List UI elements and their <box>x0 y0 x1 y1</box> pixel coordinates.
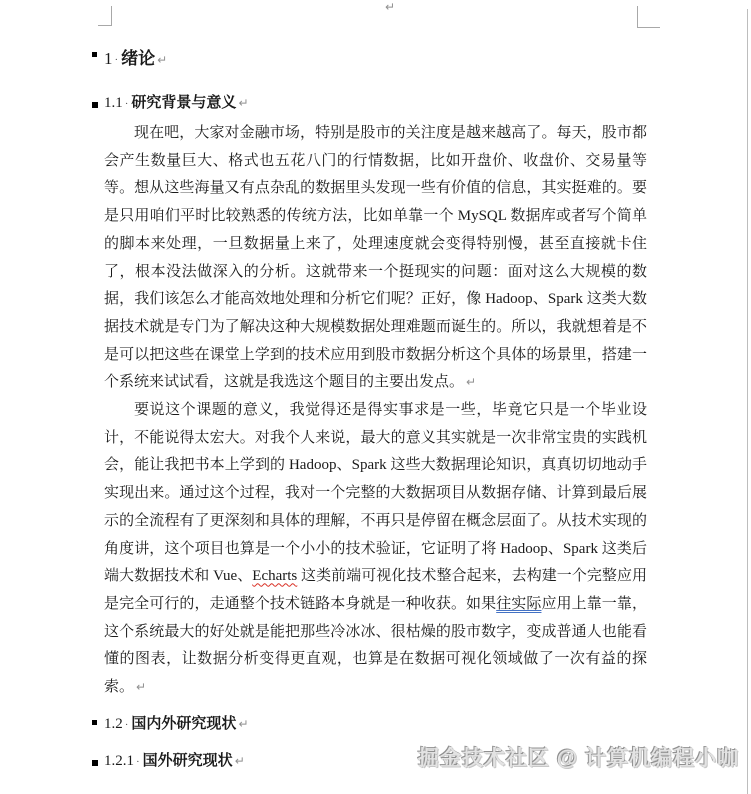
document-page: { "marks": { "space_dot": "·", "paragrap… <box>0 0 751 794</box>
paragraph[interactable]: 要说这个课题的意义，我觉得还是得实事求是一些，毕竟它只是一个毕业设计，不能说得太… <box>104 397 647 702</box>
heading-title: 绪论 <box>121 49 155 68</box>
heading-style-square-icon <box>92 720 97 725</box>
header-paragraph-mark: ↵ <box>385 0 395 14</box>
paragraph[interactable]: 现在吧，大家对金融市场，特别是股市的关注度是越来越高了。每天，股市都会产生数量巨… <box>104 120 647 397</box>
text-segment: 现在吧，大家对金融市场，特别是股市的关注度是越来越高了。每天，股市都会产生数量巨… <box>104 125 647 390</box>
paragraph-mark: ↵ <box>134 680 146 694</box>
text-boundary-mark-top-right <box>637 6 660 28</box>
space-formatting-mark: · <box>113 54 122 66</box>
heading-title: 国内外研究现状 <box>131 715 236 732</box>
heading-title: 研究背景与意义 <box>131 94 236 111</box>
heading-style-square-icon <box>92 102 98 108</box>
watermark: 掘金技术社区 @ 计算机编程小咖 <box>418 742 739 772</box>
text-segment-grammar: 往实际 <box>496 596 541 612</box>
heading-1-2-research-status[interactable]: 1.2·国内外研究现状↵ <box>104 712 249 733</box>
paragraph-mark: ↵ <box>155 53 167 67</box>
text-boundary-mark-top-left <box>98 6 112 26</box>
page-right-edge <box>747 9 748 794</box>
body-paragraphs[interactable]: 现在吧，大家对金融市场，特别是股市的关注度是越来越高了。每天，股市都会产生数量巨… <box>104 120 647 702</box>
heading-1-2-1-foreign-status[interactable]: 1.2.1·国外研究现状↵ <box>104 749 245 770</box>
heading-number: 1.2.1 <box>104 753 134 769</box>
heading-number: 1.2 <box>104 716 123 732</box>
heading-style-square-icon <box>92 52 97 57</box>
heading-1-1-background[interactable]: 1.1·研究背景与意义↵ <box>104 91 249 112</box>
paragraph-mark: ↵ <box>233 754 245 768</box>
paragraph-mark: ↵ <box>464 375 476 389</box>
heading-number: 1 <box>104 49 113 68</box>
paragraph-mark: ↵ <box>236 717 248 731</box>
heading-number: 1.1 <box>104 95 123 111</box>
text-segment-spell: Echarts <box>252 568 297 584</box>
paragraph-mark: ↵ <box>236 96 248 110</box>
space-formatting-mark: · <box>134 756 143 768</box>
text-segment: 要说这个课题的意义，我觉得还是得实事求是一些，毕竟它只是一个毕业设计，不能说得太… <box>104 402 647 584</box>
heading-title: 国外研究现状 <box>143 752 233 769</box>
heading-style-square-icon <box>92 760 98 766</box>
heading-1-xulun[interactable]: 1·绪论↵ <box>104 44 167 69</box>
